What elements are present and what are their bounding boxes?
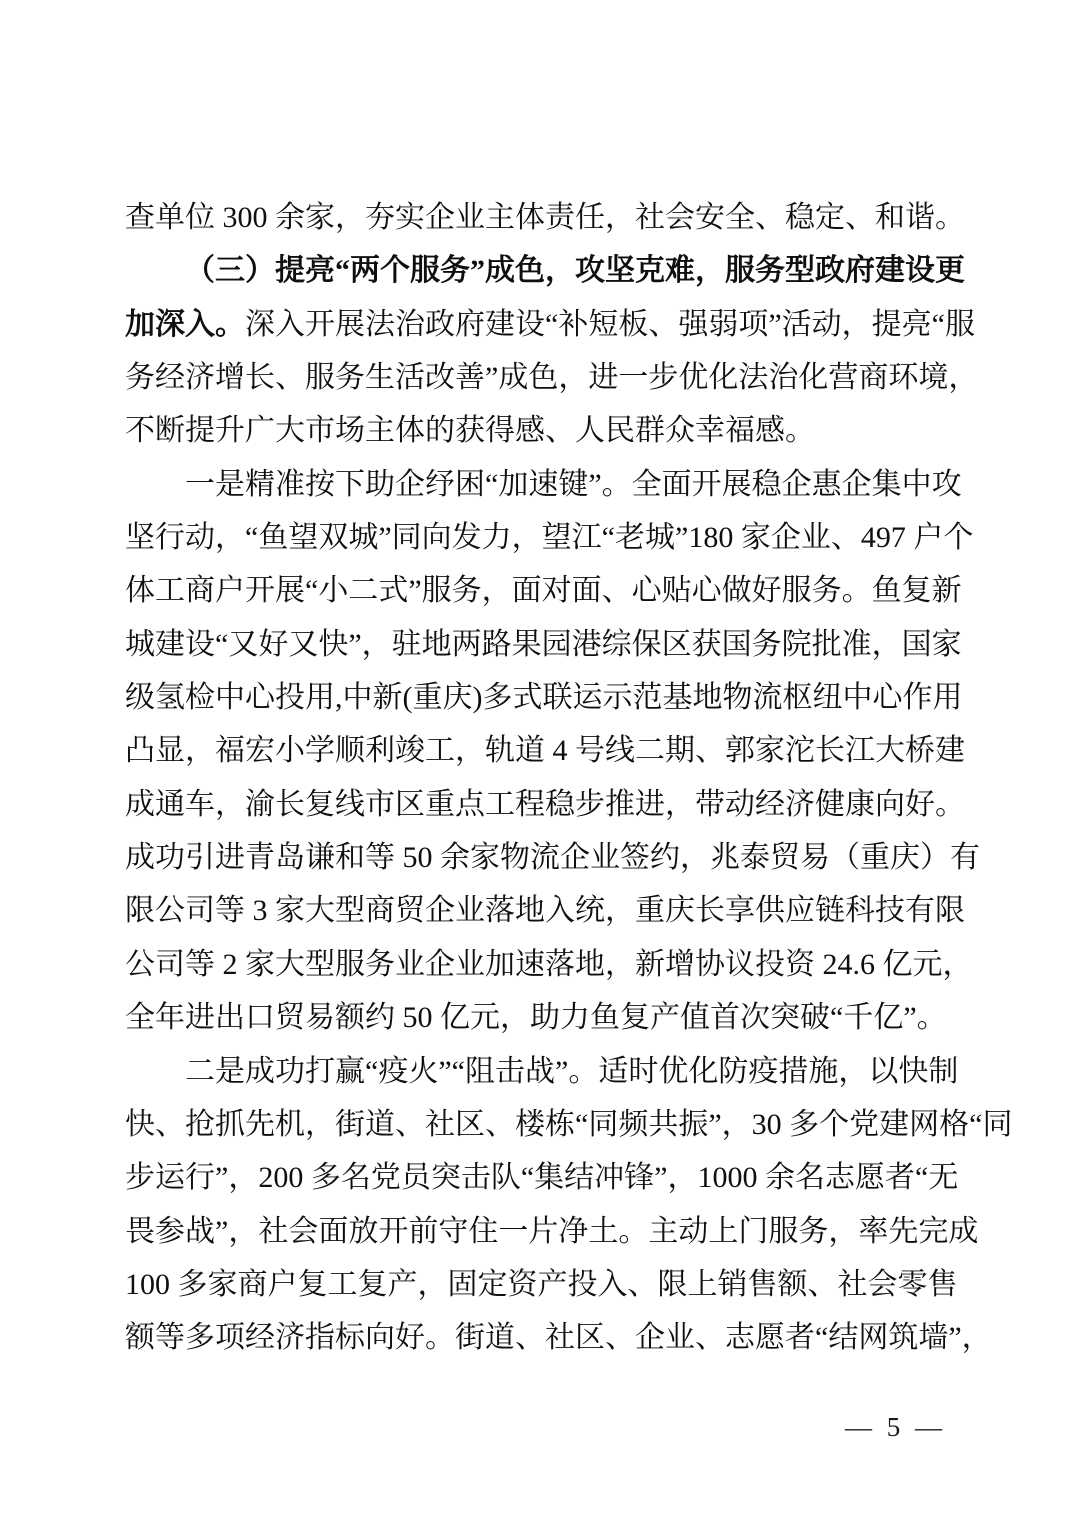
body-text: 带 <box>695 778 725 831</box>
body-text: 务 <box>798 1205 828 1258</box>
body-text: 抢 <box>185 1098 215 1151</box>
body-text: 战 <box>185 1205 215 1258</box>
body-text: 和 <box>335 831 365 884</box>
body-text: 零 <box>898 1258 928 1311</box>
heading-text: 型 <box>785 244 815 297</box>
body-text: 一 <box>618 351 648 404</box>
body-text: 凸 <box>125 724 155 777</box>
body-text: ” <box>215 1205 228 1258</box>
body-text: 产 <box>388 1258 418 1311</box>
body-text: 重 <box>413 671 443 724</box>
body-text: 资 <box>508 1258 538 1311</box>
body-text: 业 <box>455 884 485 937</box>
body-text: 标 <box>335 1311 365 1364</box>
body-text: 法 <box>738 351 768 404</box>
heading-text: 务 <box>440 244 470 297</box>
body-text: 率 <box>858 1205 888 1258</box>
body-text: 额 <box>778 1258 808 1311</box>
text-line: 成功引进青岛谦和等 50 余家物流企业签约，兆泰贸易（重庆）有 <box>125 831 951 884</box>
body-text: 余 <box>275 191 305 244</box>
body-text: 成 <box>125 831 155 884</box>
body-text: 街 <box>335 1098 365 1151</box>
body-text: 老 <box>615 511 645 564</box>
body-text: 者 <box>785 1311 815 1364</box>
body-text: 前 <box>408 1205 438 1258</box>
body-text: 家 <box>305 191 335 244</box>
body-text: 车 <box>185 778 215 831</box>
body-text: 两 <box>452 618 482 671</box>
body-text: ， <box>948 351 978 404</box>
body-text: 获 <box>692 618 722 671</box>
body-text: 政 <box>425 298 455 351</box>
body-text: 签 <box>620 831 650 884</box>
body-text: 果 <box>512 618 542 671</box>
body-text: 定 <box>478 1258 508 1311</box>
heading-text: 更 <box>935 244 965 297</box>
body-text: 。 <box>568 1045 598 1098</box>
body-text: 产 <box>538 1258 568 1311</box>
body-text: 党 <box>849 1098 879 1151</box>
body-text: 建 <box>879 1098 909 1151</box>
body-text: 好 <box>258 618 288 671</box>
body-text: 成 <box>948 1205 978 1258</box>
body-text: 活 <box>782 298 812 351</box>
body-text: 售 <box>748 1258 778 1311</box>
body-text: 同 <box>982 1098 1012 1151</box>
body-text: 主 <box>485 191 515 244</box>
body-text: 亿 <box>883 938 913 991</box>
body-text: 港 <box>572 618 602 671</box>
body-text: 落 <box>545 938 575 991</box>
body-text: 服 <box>768 1205 798 1258</box>
body-text: 限 <box>125 884 155 937</box>
body-text: 成 <box>125 778 155 831</box>
body-text: ， <box>418 1258 448 1311</box>
body-text: 开 <box>692 458 722 511</box>
body-text: 、 <box>695 724 725 777</box>
body-text: 竣 <box>395 724 425 777</box>
body-text: 化 <box>798 351 828 404</box>
body-text: 防 <box>718 1045 748 1098</box>
body-text: 色 <box>528 351 558 404</box>
heading-text: 加 <box>125 298 155 351</box>
body-text: 快 <box>318 618 348 671</box>
body-text: 畏 <box>125 1205 155 1258</box>
body-text: 多 <box>483 671 513 724</box>
body-text: 功 <box>275 1045 305 1098</box>
body-text: 好 <box>752 564 782 617</box>
body-text: 流 <box>753 671 783 724</box>
text-line: 加深入。深入开展法治政府建设“补短板、强弱项”活动，提亮“服 <box>125 298 951 351</box>
body-text: 统 <box>575 884 605 937</box>
body-text: 面 <box>318 1205 348 1258</box>
body-text: 主 <box>648 1205 678 1258</box>
body-text: 家 <box>470 831 500 884</box>
body-text: 生 <box>365 351 395 404</box>
heading-text: 府 <box>845 244 875 297</box>
body-text: 地 <box>693 671 723 724</box>
body-text: 按 <box>305 458 335 511</box>
body-text: 先 <box>888 1205 918 1258</box>
body-text: 员 <box>401 1151 431 1204</box>
body-text: 务 <box>365 938 395 991</box>
body-text: 、 <box>695 1311 725 1364</box>
body-text: 治 <box>768 351 798 404</box>
body-text: 志 <box>725 1311 755 1364</box>
body-text: 497 <box>861 511 914 564</box>
body-text: 一 <box>185 458 215 511</box>
body-text: 工 <box>155 564 185 617</box>
text-line: 额等多项经济指标向好。街道、社区、企业、志愿者“结网筑墙”， <box>125 1311 951 1364</box>
body-text: 不断提升广大市场主体的获得感、人民群众幸福感。 <box>125 414 815 447</box>
body-text: 守 <box>438 1205 468 1258</box>
body-text: 2 <box>215 938 245 991</box>
body-text: 200 <box>258 1151 311 1204</box>
body-text: 等 <box>185 938 215 991</box>
body-text: 中 <box>843 671 873 724</box>
body-text: 贸 <box>770 831 800 884</box>
body-text: 落 <box>485 884 515 937</box>
body-text: 、 <box>808 1258 838 1311</box>
body-text: 适 <box>598 1045 628 1098</box>
body-text: 经 <box>155 351 185 404</box>
body-text: 下 <box>335 458 365 511</box>
heading-text: 三 <box>215 244 245 297</box>
body-text: 全 <box>725 191 755 244</box>
body-text: 发 <box>452 511 482 564</box>
body-text: ， <box>362 618 392 671</box>
text-line: 成通车，渝长复线市区重点工程稳步推进，带动经济健康向好。 <box>125 778 951 831</box>
body-text: 务 <box>752 618 782 671</box>
body-text: 谦 <box>305 831 335 884</box>
body-text: 小 <box>318 564 348 617</box>
body-text: 户 <box>913 511 943 564</box>
body-text: 余 <box>440 831 470 884</box>
heading-text: 深 <box>155 298 185 351</box>
body-text: 式 <box>513 671 543 724</box>
body-text: “ <box>245 511 258 564</box>
body-text: 级 <box>125 671 155 724</box>
body-text: 快 <box>898 1045 928 1098</box>
body-text: 实 <box>395 191 425 244</box>
heading-text: 政 <box>815 244 845 297</box>
body-text: 服 <box>335 938 365 991</box>
heading-text: 坚 <box>605 244 635 297</box>
body-text: 泰 <box>740 831 770 884</box>
body-text: 、 <box>628 1258 658 1311</box>
body-text: 深 <box>245 298 275 351</box>
body-text: 补 <box>558 298 588 351</box>
body-text: 和 <box>875 191 905 244</box>
body-text: 等 <box>155 1311 185 1364</box>
body-text: 结 <box>564 1151 594 1204</box>
body-text: 二 <box>185 1045 215 1098</box>
body-text: 展 <box>722 458 752 511</box>
page-number: — 5 — <box>845 1407 946 1447</box>
body-text: 、 <box>515 1311 545 1364</box>
body-text: “ <box>521 1151 534 1204</box>
body-text: ， <box>838 1045 868 1098</box>
body-text: 通 <box>155 778 185 831</box>
body-text: 新 <box>635 938 665 991</box>
body-text: 科 <box>845 884 875 937</box>
body-text: , <box>335 671 343 724</box>
body-text: 业 <box>590 831 620 884</box>
body-text: 小 <box>275 724 305 777</box>
body-text: “ <box>915 1151 928 1204</box>
body-text: 精 <box>245 458 275 511</box>
body-text: 优 <box>678 351 708 404</box>
body-text: 区 <box>395 778 425 831</box>
text-line: 不断提升广大市场主体的获得感、人民群众幸福感。 <box>125 404 951 457</box>
body-text: 复 <box>358 1258 388 1311</box>
body-text: 加 <box>498 458 528 511</box>
body-text: 应 <box>785 884 815 937</box>
body-text: 沱 <box>785 724 815 777</box>
body-text: 以 <box>868 1045 898 1098</box>
body-text: 长 <box>815 724 845 777</box>
body-text: ， <box>872 618 902 671</box>
body-text: 新 <box>932 564 962 617</box>
body-text: 进 <box>215 831 245 884</box>
body-text: 步 <box>648 351 678 404</box>
body-text: 又 <box>228 618 258 671</box>
body-text: 展 <box>275 564 305 617</box>
body-text: 二 <box>635 724 665 777</box>
body-text: 步 <box>575 778 605 831</box>
body-text: 城 <box>125 618 155 671</box>
body-text: 企 <box>782 458 812 511</box>
body-text: 议 <box>725 938 755 991</box>
body-text: 步 <box>125 1151 155 1204</box>
body-text: 示 <box>603 671 633 724</box>
body-text: 法 <box>365 298 395 351</box>
body-text: 中 <box>343 671 373 724</box>
body-text: “ <box>215 618 228 671</box>
body-text: ” <box>215 1151 228 1204</box>
body-text: 投 <box>755 938 785 991</box>
body-text: 桥 <box>905 724 935 777</box>
body-text: 青 <box>245 831 275 884</box>
body-text: 。 <box>935 778 965 831</box>
body-text: 府 <box>455 298 485 351</box>
body-text: 工 <box>425 724 455 777</box>
body-text: ， <box>605 884 635 937</box>
body-text: 成 <box>245 1045 275 1098</box>
body-text: 频 <box>618 1098 648 1151</box>
body-text: 全年进出口贸易额约 50 亿元，助力鱼复产值首次突破“千亿”。 <box>125 1001 947 1034</box>
heading-text: “ <box>335 244 350 297</box>
heading-text: 提 <box>275 244 305 297</box>
body-text: 攻 <box>932 458 962 511</box>
body-text: 家 <box>275 884 305 937</box>
body-text: 固 <box>448 1258 478 1311</box>
body-text: 务 <box>812 564 842 617</box>
body-text: 家 <box>755 724 785 777</box>
body-text: 经 <box>245 1311 275 1364</box>
body-text: 格 <box>939 1098 969 1151</box>
body-text: 康 <box>845 778 875 831</box>
body-text: 重 <box>635 884 665 937</box>
body-text: 查 <box>125 191 155 244</box>
body-text: 学 <box>305 724 335 777</box>
body-text: 用 <box>305 671 335 724</box>
body-text: 建 <box>485 298 515 351</box>
body-text: 共 <box>648 1098 678 1151</box>
body-text: 展 <box>335 298 365 351</box>
body-text: ， <box>558 351 588 404</box>
body-text: 营 <box>828 351 858 404</box>
body-text: 施 <box>808 1045 838 1098</box>
body-text: 先 <box>245 1098 275 1151</box>
body-text: 地 <box>422 618 452 671</box>
body-text: 振 <box>678 1098 708 1151</box>
body-text: 家 <box>245 938 275 991</box>
body-text: 新 <box>373 671 403 724</box>
heading-text: ） <box>245 244 275 297</box>
body-text: 动 <box>185 511 215 564</box>
body-text: 服 <box>422 564 452 617</box>
body-text: 动 <box>678 1205 708 1258</box>
body-text: 击 <box>461 1151 491 1204</box>
body-text: 享 <box>725 884 755 937</box>
body-text: 善 <box>455 351 485 404</box>
body-text: 板 <box>618 298 648 351</box>
body-text: 墙 <box>918 1311 948 1364</box>
body-text: 心 <box>873 671 903 724</box>
body-text: 弱 <box>708 298 738 351</box>
body-text: 程 <box>515 778 545 831</box>
body-text: 好 <box>395 1311 425 1364</box>
heading-text: 色 <box>515 244 545 297</box>
body-text: 片 <box>528 1205 558 1258</box>
body-text: 济 <box>785 778 815 831</box>
body-text: 国 <box>902 618 932 671</box>
body-text: 企 <box>425 884 455 937</box>
body-text: 名 <box>341 1151 371 1204</box>
body-text: 庆 <box>443 671 473 724</box>
body-text: 责 <box>545 191 575 244</box>
body-text: 、 <box>605 1311 635 1364</box>
body-text: 疫 <box>748 1045 778 1098</box>
body-text: 谐 <box>905 191 935 244</box>
body-text: 时 <box>628 1045 658 1098</box>
body-text: 复 <box>298 1258 328 1311</box>
body-text: 商 <box>185 564 215 617</box>
body-text: ” <box>438 1045 451 1098</box>
text-line: 步运行”，200 多名党员突击队“集结冲锋”，1000 余名志愿者“无 <box>125 1151 951 1204</box>
body-text: 贴 <box>662 564 692 617</box>
body-text: 企 <box>395 458 425 511</box>
text-line: 查单位 300 余家，夯实企业主体责任，社会安全、稳定、和谐。 <box>125 191 951 244</box>
body-text: 济 <box>275 1311 305 1364</box>
body-text: 筑 <box>888 1311 918 1364</box>
body-text: 有 <box>950 831 980 884</box>
body-text: 社 <box>635 191 665 244</box>
body-text: 又 <box>288 618 318 671</box>
body-text: ” <box>654 1151 667 1204</box>
body-text: 号 <box>575 724 605 777</box>
body-text: ， <box>842 298 872 351</box>
body-text: 强 <box>678 298 708 351</box>
body-text: 体 <box>515 191 545 244</box>
body-text: 公 <box>125 938 155 991</box>
body-text: 检 <box>185 671 215 724</box>
body-text: 服 <box>945 298 975 351</box>
body-text: 家 <box>932 618 962 671</box>
body-text: 大 <box>275 938 305 991</box>
body-text: 、 <box>602 564 632 617</box>
body-text: 贸 <box>395 884 425 937</box>
text-line: 凸显，福宏小学顺利竣工，轨道 4 号线二期、郭家沱长江大桥建 <box>125 724 951 777</box>
body-text: 速 <box>528 458 558 511</box>
body-text: ” <box>768 298 781 351</box>
body-text: 路 <box>482 618 512 671</box>
body-text: ” <box>485 351 498 404</box>
body-text: 纽 <box>813 671 843 724</box>
heading-text: 服 <box>725 244 755 297</box>
body-text: 50 <box>395 831 440 884</box>
body-text: 建 <box>155 618 185 671</box>
body-text: 福 <box>215 724 245 777</box>
text-line: 二是成功打赢“疫火”“阻击战”。适时优化防疫措施，以快制 <box>125 1045 951 1098</box>
body-text: 流 <box>530 831 560 884</box>
body-text: 投 <box>568 1258 598 1311</box>
body-text: 式 <box>378 564 408 617</box>
body-text: 物 <box>723 671 753 724</box>
body-text: 家 <box>741 511 771 564</box>
document-body: 查单位 300 余家，夯实企业主体责任，社会安全、稳定、和谐。（三）提亮“两个服… <box>125 191 951 1365</box>
body-text: 投 <box>275 671 305 724</box>
body-text: 开 <box>245 564 275 617</box>
body-text: 庆 <box>890 831 920 884</box>
body-text: ” <box>348 618 361 671</box>
body-text: 冲 <box>594 1151 624 1204</box>
body-text: 队 <box>491 1151 521 1204</box>
body-text: 向 <box>875 778 905 831</box>
heading-text: 入 <box>185 298 215 351</box>
body-text: “ <box>545 298 558 351</box>
body-text: 岛 <box>275 831 305 884</box>
body-text: 。 <box>842 564 872 617</box>
body-text: 额 <box>125 1311 155 1364</box>
body-text: 重 <box>425 778 455 831</box>
body-text: ， <box>228 1151 258 1204</box>
body-text: 健 <box>815 778 845 831</box>
body-text: 大 <box>875 724 905 777</box>
body-text: 链 <box>815 884 845 937</box>
body-text: 社 <box>258 1205 288 1258</box>
body-text: 栋 <box>545 1098 575 1151</box>
body-text: 入 <box>598 1258 628 1311</box>
body-text: 区 <box>575 1311 605 1364</box>
body-text: 复 <box>305 778 335 831</box>
body-text: 市 <box>365 778 395 831</box>
body-text: 地 <box>575 938 605 991</box>
body-text: 宏 <box>245 724 275 777</box>
body-text: “ <box>602 511 615 564</box>
body-text: 4 <box>545 724 575 777</box>
body-text: 渝 <box>245 778 275 831</box>
body-text: 行 <box>185 1151 215 1204</box>
heading-text: 攻 <box>575 244 605 297</box>
body-text: 重 <box>860 831 890 884</box>
body-text: 战 <box>525 1045 555 1098</box>
body-text: 范 <box>633 671 663 724</box>
body-text: ” <box>675 511 688 564</box>
body-text: 资 <box>785 938 815 991</box>
body-text: 速 <box>515 938 545 991</box>
